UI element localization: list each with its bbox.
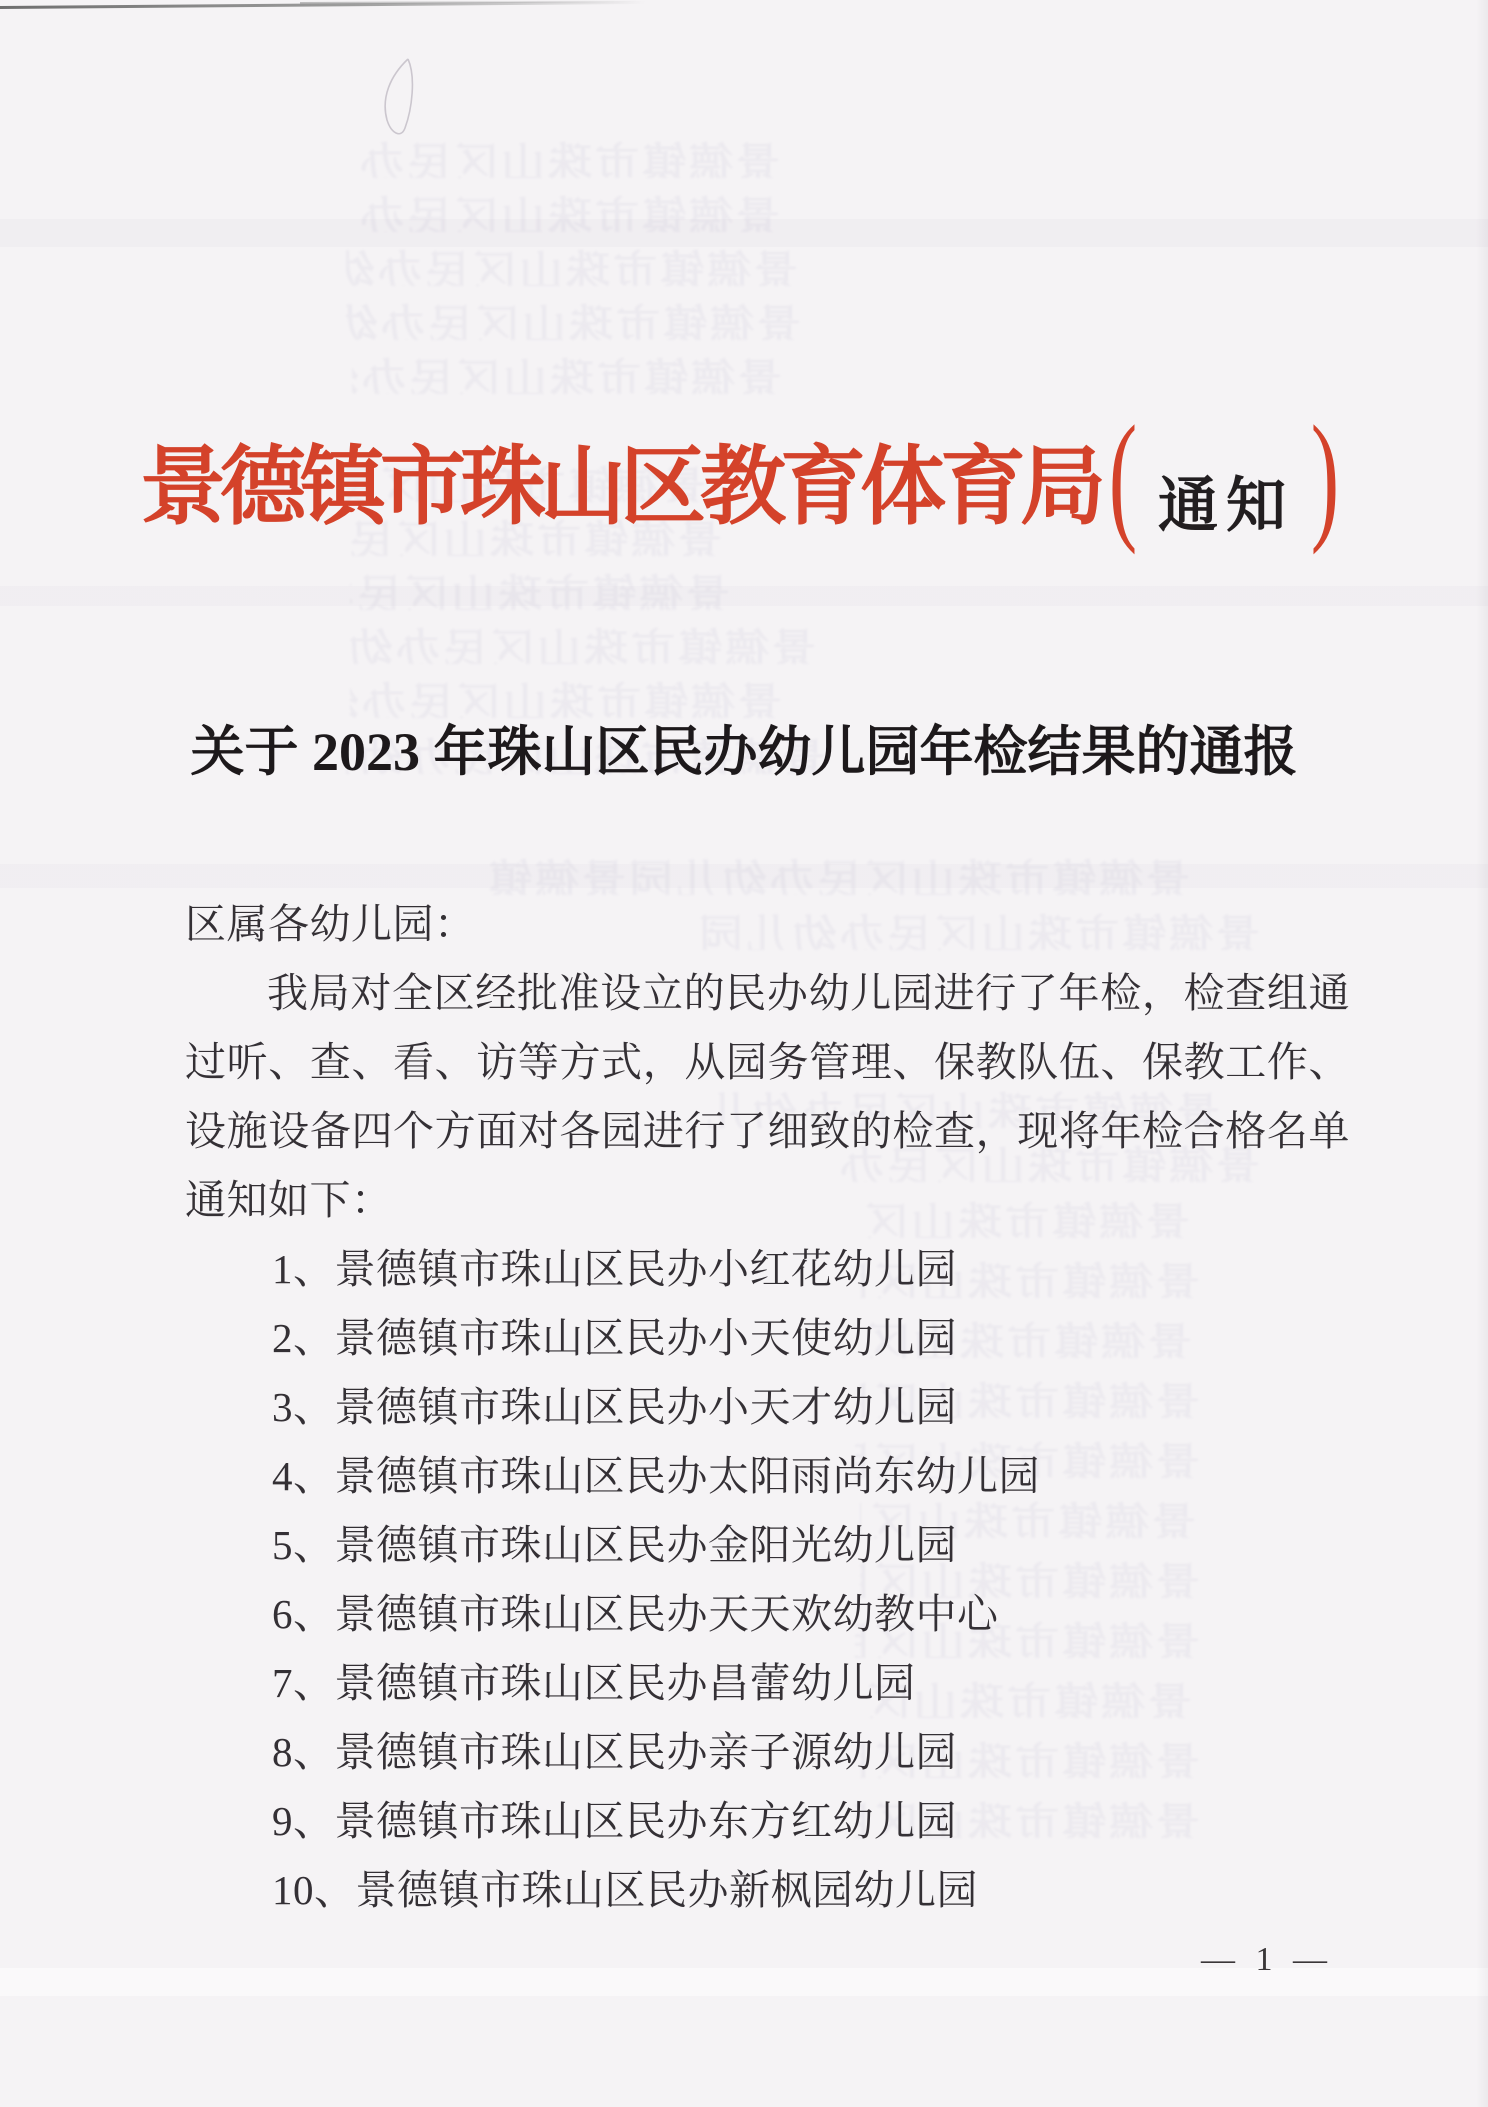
bleedthrough-smudge: 景德镇市珠山区民办幼儿园景德镇市珠山区民办幼儿园: [362, 182, 780, 232]
bleedthrough-smudge: 景德镇市珠山区民办幼儿园景德镇市珠山区民办幼儿园: [346, 236, 798, 286]
bleedthrough-smudge: 景德镇市珠山区民办幼儿园景德镇市珠山区民办幼儿园: [346, 290, 801, 340]
list-item-5: 5、景德镇市珠山区民办金阳光幼儿园: [272, 1511, 1350, 1580]
paragraph-line-1: 我局对全区经批准设立的民办幼儿园进行了年检，检查组通: [185, 959, 1350, 1028]
list-item-1: 1、景德镇市珠山区民办小红花幼儿园: [272, 1235, 1350, 1304]
right-edge-shadow: [1476, 0, 1488, 2107]
scan-top-edge-line-faint: [300, 1, 640, 4]
list-item-9: 9、景德镇市珠山区民办东方红幼儿园: [272, 1787, 1350, 1856]
list-item-7: 7、景德镇市珠山区民办昌蕾幼儿园: [272, 1649, 1350, 1718]
bleedthrough-smudge: 景德镇市珠山区民办幼儿园景德镇市珠山区民办幼儿园: [352, 344, 782, 394]
kindergarten-list: 1、景德镇市珠山区民办小红花幼儿园 2、景德镇市珠山区民办小天使幼儿园 3、景德…: [185, 1235, 1350, 1925]
bleedthrough-smudge: 景德镇市珠山区民办幼儿园景德镇市珠山区民办幼儿园: [360, 128, 780, 178]
bleedthrough-smudge: 景德镇市珠山区民办幼儿园景德镇市珠山区民办幼儿园: [346, 614, 816, 664]
salutation: 区属各幼儿园：: [185, 890, 1350, 959]
list-item-10: 10、景德镇市珠山区民办新枫园幼儿园: [272, 1856, 1350, 1925]
doc-type-label: 通知: [1158, 473, 1294, 539]
list-item-4: 4、景德镇市珠山区民办太阳雨尚东幼儿园: [272, 1442, 1350, 1511]
paragraph-line-3: 设施设备四个方面对各园进行了细致的检查，现将年检合格名单: [185, 1097, 1350, 1166]
paper-crease-mark: [378, 56, 434, 146]
bleedthrough-smudge: 景德镇市珠山区民办幼儿园景德镇市珠山区民办幼儿园: [490, 845, 1190, 895]
list-item-6: 6、景德镇市珠山区民办天天欢幼教中心: [272, 1580, 1350, 1649]
page-number: — 1 —: [1180, 1940, 1350, 1980]
bleedthrough-smudge: 景德镇市珠山区民办幼儿园景德镇市珠山区民办幼儿园: [350, 668, 782, 718]
list-item-2: 2、景德镇市珠山区民办小天使幼儿园: [272, 1304, 1350, 1373]
paragraph-line-2: 过听、查、看、访等方式，从园务管理、保教队伍、保教工作、: [185, 1028, 1350, 1097]
doc-title: 关于 2023 年珠山区民办幼儿园年检结果的通报: [0, 712, 1488, 792]
page: 景德镇市珠山区民办幼儿园景德镇市珠山区民办幼儿园景德镇市珠山区民办幼儿园景德镇市…: [0, 0, 1488, 2107]
list-item-3: 3、景德镇市珠山区民办小天才幼儿园: [272, 1373, 1350, 1442]
paragraph-line-4: 通知如下：: [185, 1166, 1350, 1235]
org-name-red: 景德镇市珠山区教育体育局: [140, 439, 1100, 535]
list-item-8: 8、景德镇市珠山区民办亲子源幼儿园: [272, 1718, 1350, 1787]
scan-top-edge-line: [0, 1, 646, 9]
doc-body: 区属各幼儿园： 我局对全区经批准设立的民办幼儿园进行了年检，检查组通 过听、查、…: [185, 890, 1350, 1925]
doc-header: 景德镇市珠山区教育体育局(通知): [0, 412, 1488, 587]
